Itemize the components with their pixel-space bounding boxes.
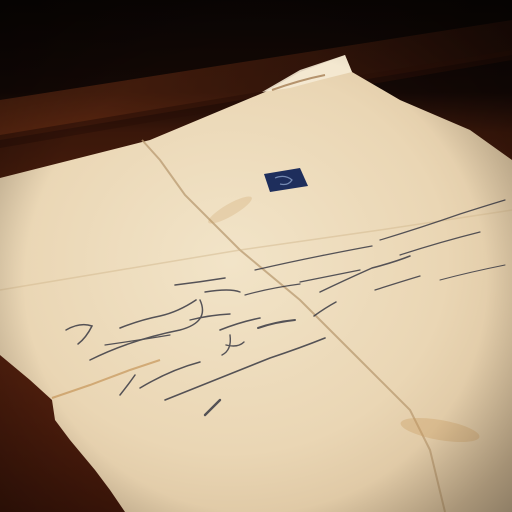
letter-on-table-illustration [0, 0, 512, 512]
photo-scene: Aged folded handwritten letter lying on … [0, 0, 512, 512]
